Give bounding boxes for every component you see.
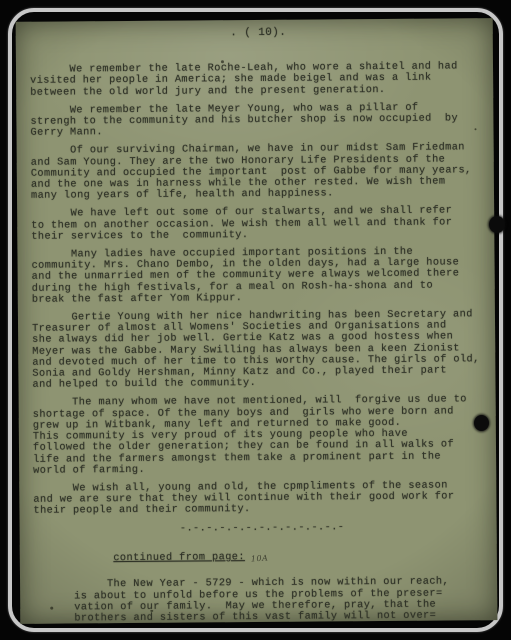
- paragraph-stalwarts: We have left out some of our stalwarts, …: [31, 206, 488, 243]
- hole-punch-top: [489, 216, 505, 233]
- paper-speck: [50, 607, 53, 610]
- paragraph-season-wishes: We wish all, young and old, the cpmplime…: [33, 480, 490, 517]
- continued-from-row: continued from page:10A: [74, 538, 491, 576]
- paragraph-roche-leah: We remember the late Roche-Leah, who wor…: [30, 61, 487, 98]
- continued-from-label: continued from page:: [113, 551, 245, 564]
- document-page: . ( 10). We remember the late Roche-Leah…: [16, 18, 498, 624]
- paragraph-ladies: Many ladies have occupied important posi…: [31, 246, 488, 306]
- paragraph-gertie: Gertie Young with her nice handwriting h…: [32, 309, 490, 391]
- paragraph-new-year-5729: The New Year - 5729 - which is now withi…: [74, 576, 492, 623]
- handwritten-page-annotation: 10A: [251, 552, 269, 564]
- paragraph-young-people: The many whom we have not mentioned, wil…: [33, 395, 491, 477]
- paper-speck: [221, 60, 224, 63]
- paper-speck: [150, 610, 153, 612]
- section-divider: -.-.-.-.-.-.-.-.-.-.-.-.-: [34, 521, 491, 536]
- page-number: . ( 10).: [30, 26, 487, 41]
- hole-punch-bottom: [474, 415, 489, 431]
- photo-of-document: . ( 10). We remember the late Roche-Leah…: [0, 0, 511, 640]
- paragraph-meyer-young: We remember the late Meyer Young, who wa…: [30, 102, 487, 139]
- paragraph-chairmen: Of our surviving Chairman, we have in ou…: [31, 143, 488, 203]
- paper-speck: [474, 128, 476, 130]
